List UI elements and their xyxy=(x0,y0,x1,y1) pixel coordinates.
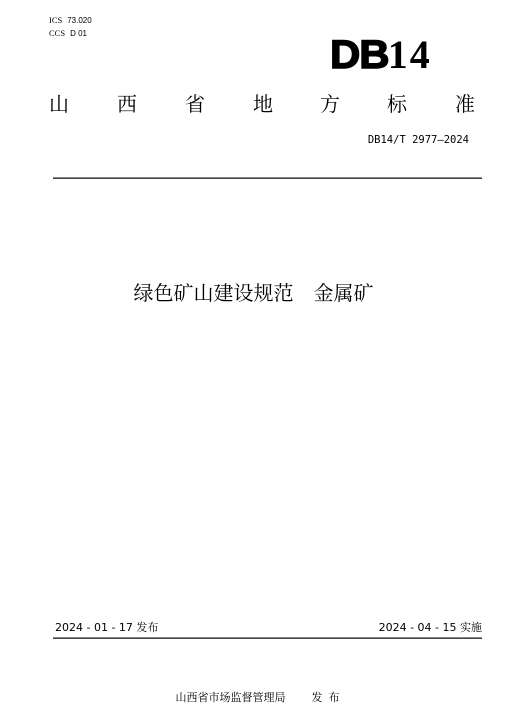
standard-mark-number: 14 xyxy=(388,35,432,75)
publisher-line: 山西省市场监督管理局发布 xyxy=(0,674,507,722)
standard-type-char: 山 xyxy=(48,90,70,118)
effective-date: 2024 - 04 - 15 实施 xyxy=(379,620,482,636)
ics-code: ICS 73.020 xyxy=(49,14,92,27)
document-title: 绿色矿山建设规范 金属矿 xyxy=(0,280,507,306)
publisher-organization: 山西省市场监督管理局 xyxy=(176,691,286,704)
standard-number: DB14/T 2977—2024 xyxy=(368,134,469,146)
ccs-code: CCS D 01 xyxy=(49,27,92,40)
standard-mark-letters: DB xyxy=(330,35,389,75)
standard-type-char: 省 xyxy=(184,90,206,118)
classification-codes: ICS 73.020 CCS D 01 xyxy=(49,14,92,40)
standard-type-char: 方 xyxy=(319,90,341,118)
ics-value: 73.020 xyxy=(67,14,91,27)
publisher-action: 发布 xyxy=(312,691,346,704)
standard-type-char: 西 xyxy=(116,90,138,118)
standard-type-char: 标 xyxy=(386,90,408,118)
top-divider xyxy=(53,177,482,179)
standard-type-char: 地 xyxy=(252,90,274,118)
issue-date: 2024 - 01 - 17 发布 xyxy=(55,620,158,636)
ccs-label: CCS xyxy=(49,27,65,40)
standard-type-heading: 山 西 省 地 方 标 准 xyxy=(0,90,507,120)
standard-type-char: 准 xyxy=(454,90,476,118)
bottom-divider xyxy=(53,637,482,639)
ics-label: ICS xyxy=(49,14,62,27)
dates-row: 2024 - 01 - 17 发布 2024 - 04 - 15 实施 xyxy=(53,620,482,636)
standard-mark-logo: DB 14 xyxy=(330,33,432,75)
ccs-value: D 01 xyxy=(70,27,87,40)
standard-cover-page: ICS 73.020 CCS D 01 DB 14 山 西 省 地 方 标 准 … xyxy=(0,0,507,726)
